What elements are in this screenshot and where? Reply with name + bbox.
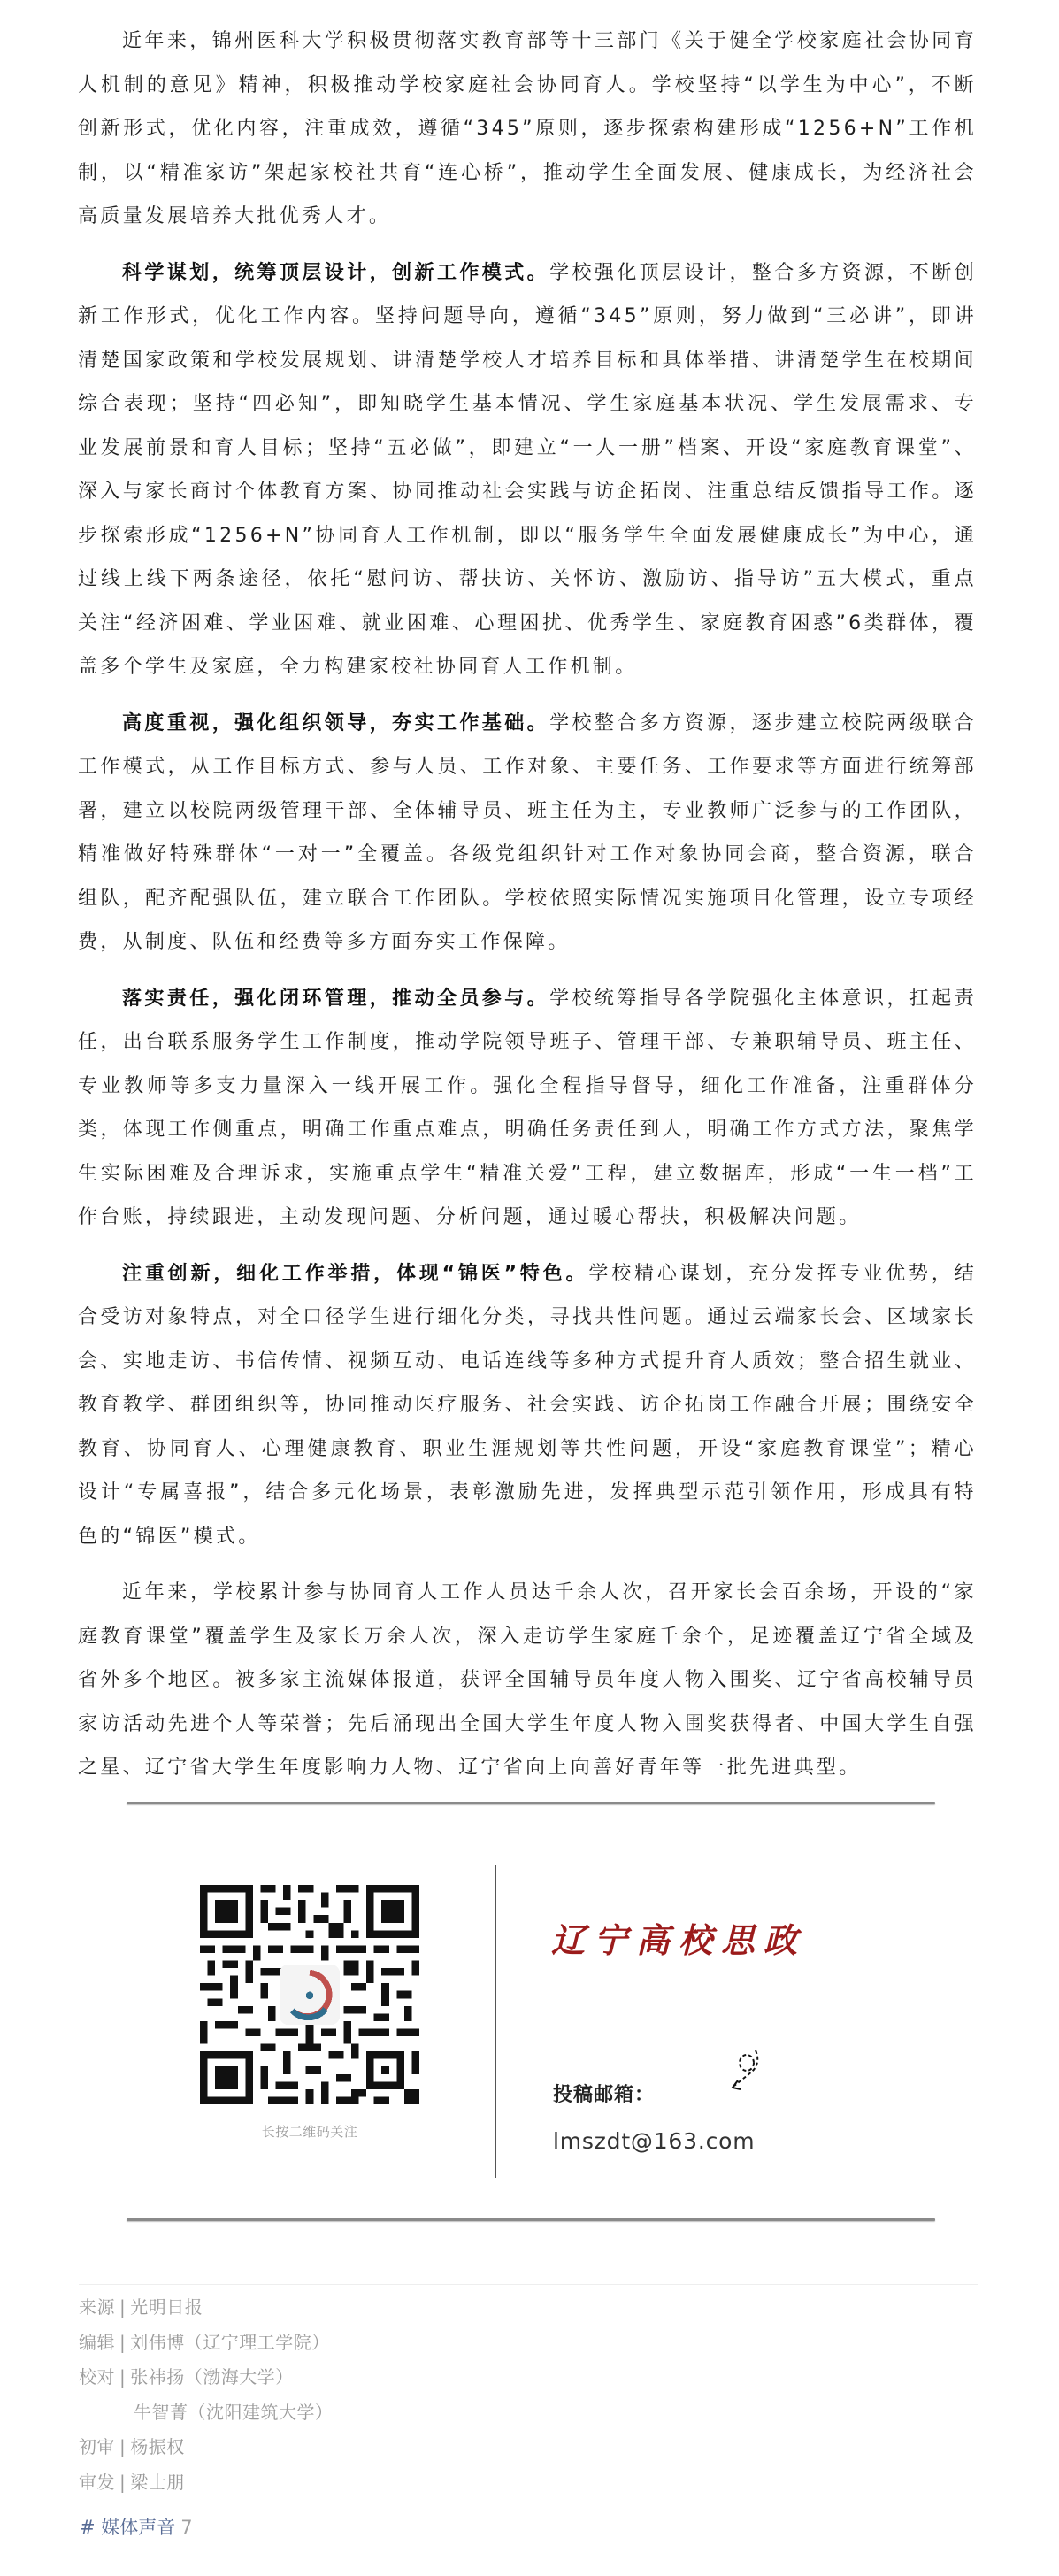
- brand-title: 辽宁高校思政: [551, 1913, 806, 1962]
- paragraph-planning: 科学谋划，统筹顶层设计，创新工作模式。学校强化顶层设计，整合多方资源，不断创新工…: [78, 251, 977, 689]
- qr-code-icon[interactable]: [200, 1885, 419, 2104]
- paragraph-heading: 注重创新，细化工作举措，体现“锦医”特色。: [122, 1263, 588, 1285]
- hashtag-label[interactable]: # 媒体声音: [80, 2517, 175, 2538]
- paragraph-innovation: 注重创新，细化工作举措，体现“锦医”特色。学校精心谋划，充分发挥专业优势，结合受…: [78, 1252, 977, 1559]
- credit-first-review: 初审|杨振权: [79, 2430, 334, 2465]
- credits-list: 来源|光明日报 编辑|刘伟博（辽宁理工学院） 校对|张祎扬（渤海大学） 牛智菁（…: [79, 2290, 334, 2500]
- credits-separator: [79, 2284, 978, 2285]
- credit-editor: 编辑|刘伟博（辽宁理工学院）: [79, 2326, 334, 2361]
- paragraph-heading: 落实责任，强化闭环管理，推动全员参与。: [122, 988, 549, 1010]
- hashtag-count: 7: [180, 2517, 192, 2538]
- paragraph-responsibility: 落实责任，强化闭环管理，推动全员参与。学校统筹指导各学院强化主体意识，扛起责任，…: [78, 977, 977, 1240]
- credit-proofreader: 校对|张祎扬（渤海大学）: [79, 2360, 334, 2395]
- credit-final-approval: 审发|梁士朋: [79, 2465, 334, 2501]
- hashtag-link[interactable]: # 媒体声音7: [80, 2513, 193, 2540]
- divider-rule-top: [127, 1802, 935, 1804]
- dashed-arrow-icon: [725, 2047, 770, 2100]
- credit-source: 来源|光明日报: [79, 2290, 334, 2326]
- vertical-divider: [495, 1865, 496, 2178]
- paragraph-results: 近年来，学校累计参与协同育人工作人员达千余人次，召开家长会百余场，开设的“家庭教…: [78, 1571, 977, 1790]
- paragraph-intro: 近年来，锦州医科大学积极贯彻落实教育部等十三部门《关于健全学校家庭社会协同育人机…: [78, 19, 977, 239]
- paragraph-heading: 科学谋划，统筹顶层设计，创新工作模式。: [122, 262, 549, 284]
- divider-rule-bottom: [127, 2218, 935, 2221]
- article-body: 近年来，锦州医科大学积极贯彻落实教育部等十三部门《关于健全学校家庭社会协同育人机…: [78, 19, 977, 1803]
- paragraph-leadership: 高度重视，强化组织领导，夯实工作基础。学校整合多方资源，逐步建立校院两级联合工作…: [78, 702, 977, 965]
- qr-caption: 长按二维码关注: [200, 2122, 419, 2141]
- credit-proofreader-2: 牛智菁（沈阳建筑大学）: [79, 2395, 334, 2431]
- submit-email-label: 投稿邮箱：: [553, 2080, 655, 2107]
- submit-email-address[interactable]: lmszdt@163.com: [553, 2128, 755, 2154]
- paragraph-heading: 高度重视，强化组织领导，夯实工作基础。: [122, 712, 549, 734]
